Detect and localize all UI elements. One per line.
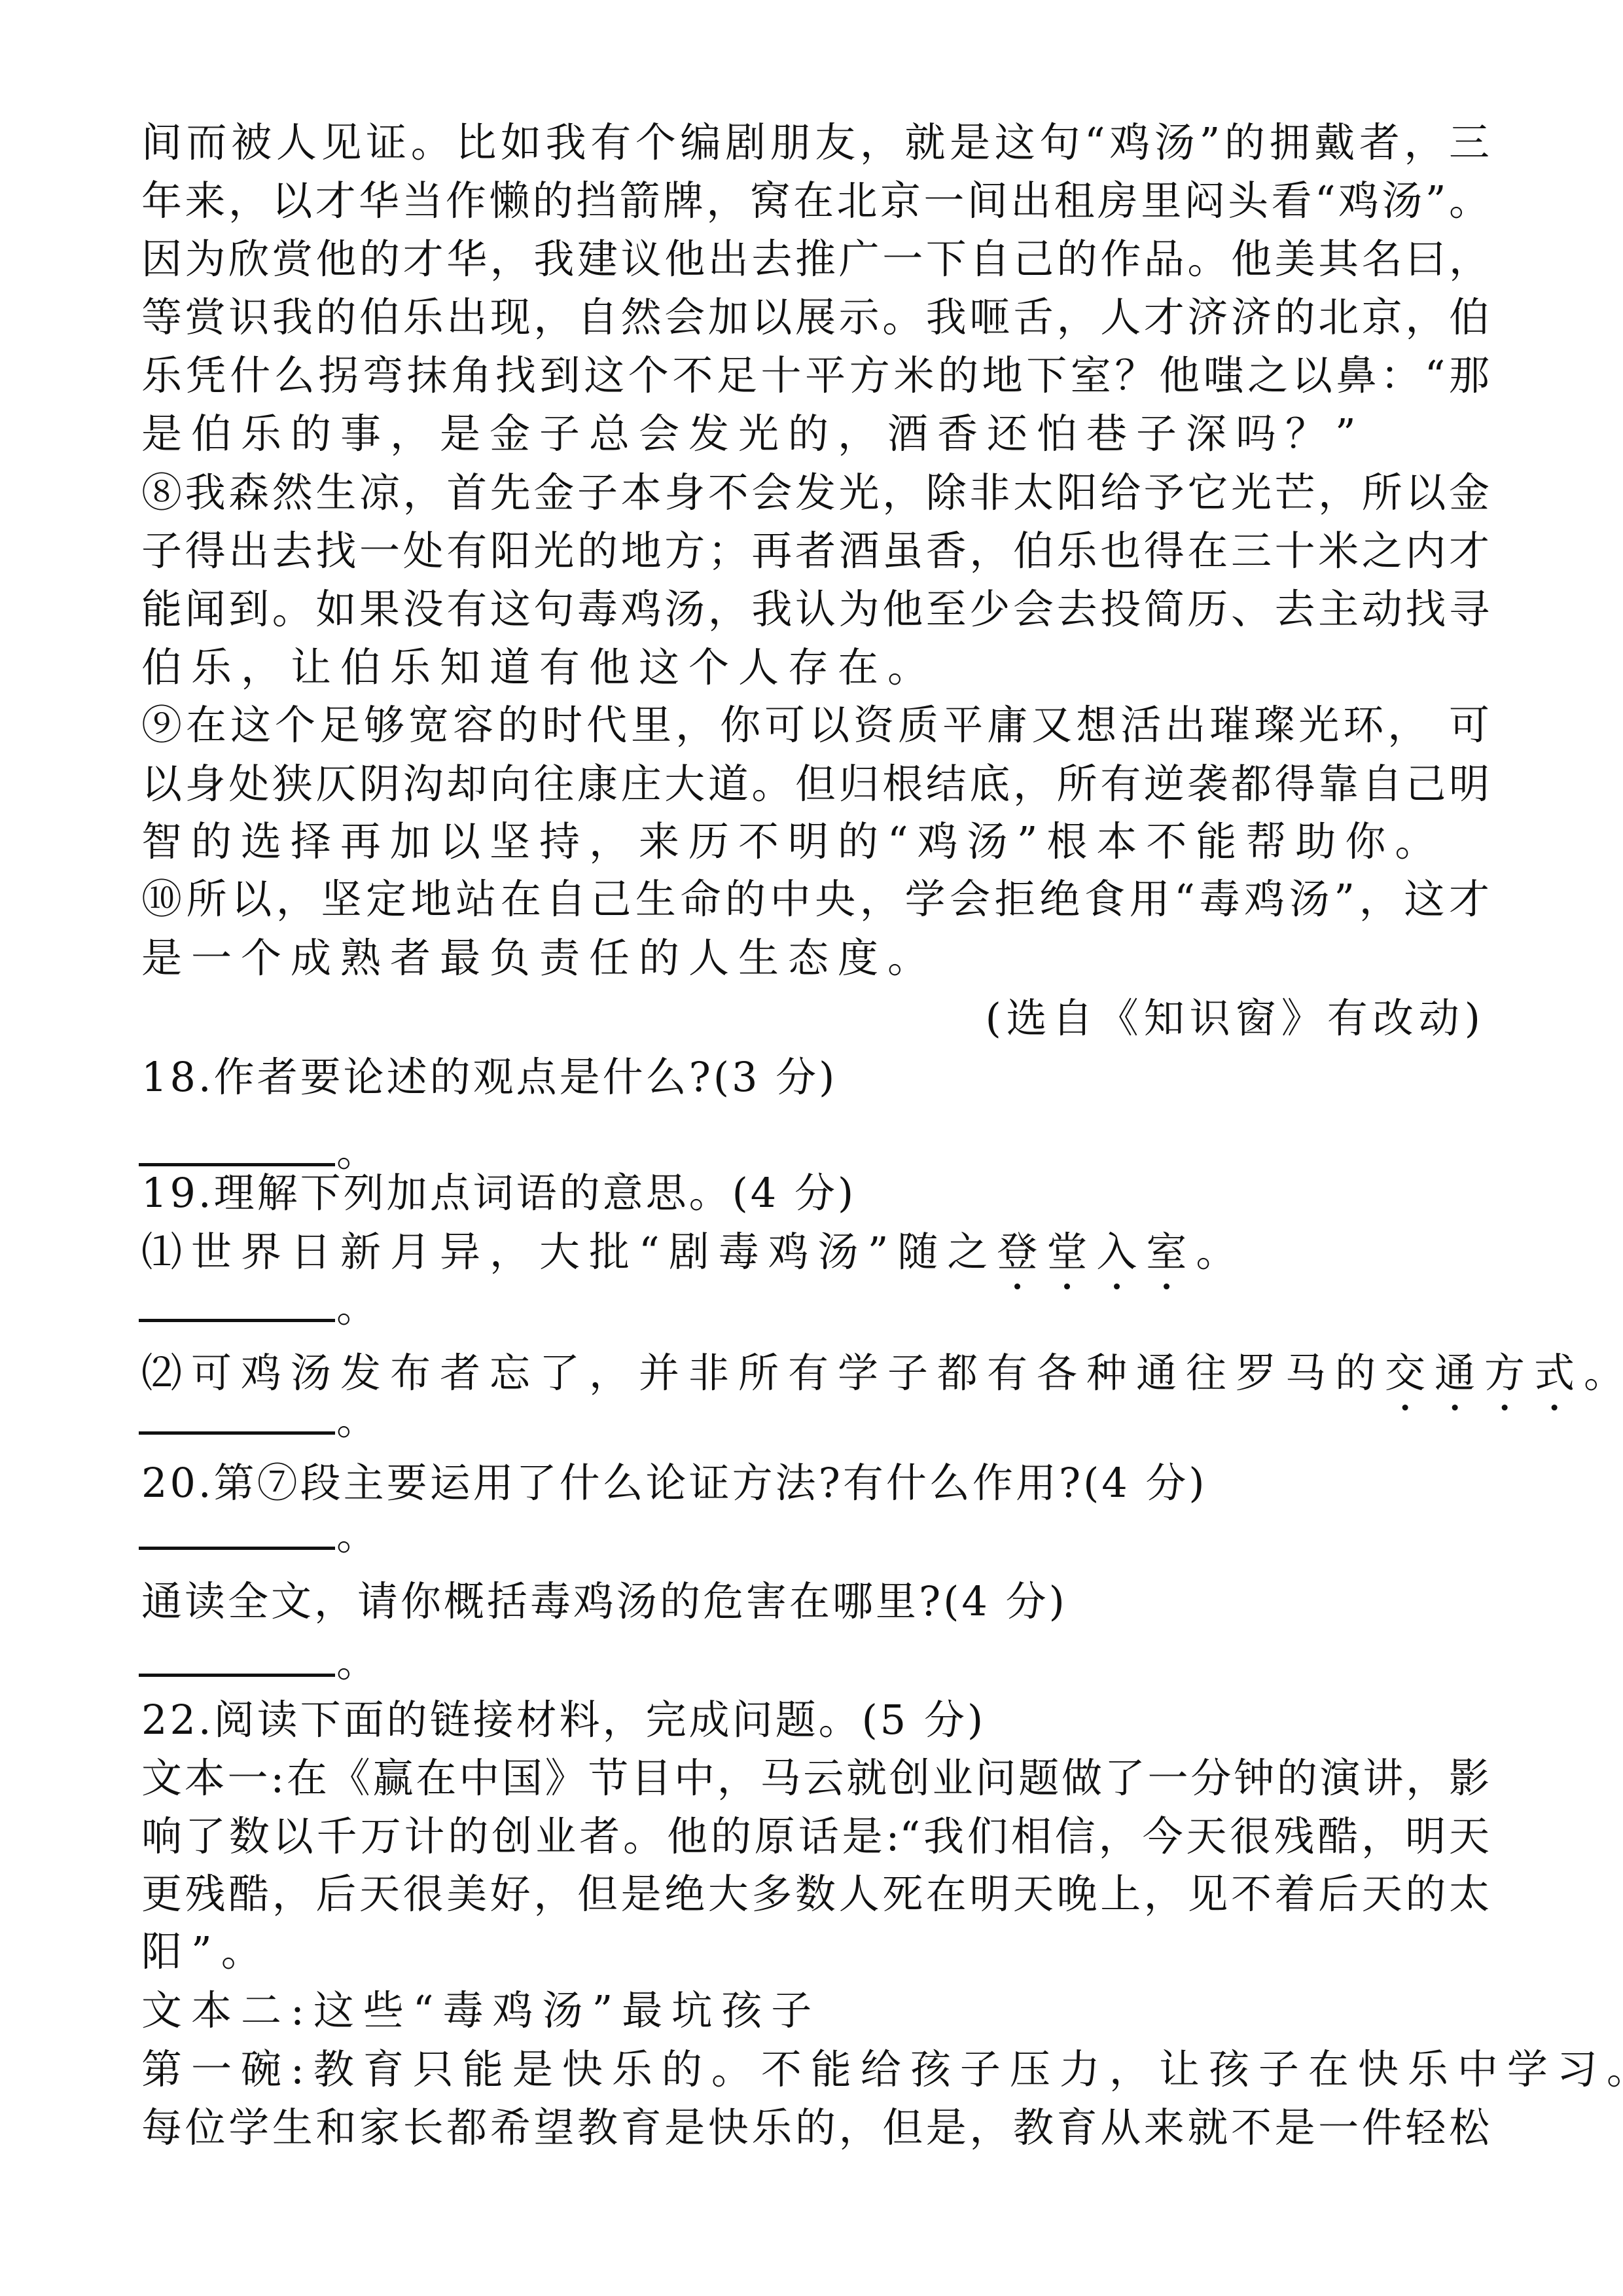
- passage-line: 年来，以才华当作懒的挡箭牌，窝在北京一间出租房里闷头看“鸡汤”。: [141, 175, 1489, 227]
- paragraph-8-line: ⑧我森然生凉，首先金子本身不会发光，除非太阳给予它光芒，所以金: [141, 467, 1489, 519]
- passage-line: 等赏识我的伯乐出现，自然会加以展示。我咂舌，人才济济的北京，伯: [141, 291, 1489, 344]
- dotted-words: 交通方式: [1385, 1349, 1584, 1397]
- source-citation: (选自《知识窗》有改动): [986, 992, 1486, 1045]
- answer-underline: [139, 1431, 335, 1435]
- question-19: 19.理解下列加点词语的意思。(4 分): [141, 1167, 1489, 1219]
- material-text-2-line: 第一碗:教育只能是快乐的。不能给孩子压力，让孩子在快乐中学习。: [141, 2043, 1489, 2096]
- question-20: 20.第⑦段主要运用了什么论证方法?有什么作用?(4 分): [141, 1457, 1489, 1509]
- question-21: 通读全文，请你概括毒鸡汤的危害在哪里?(4 分): [141, 1575, 1489, 1628]
- answer-underline: [139, 1163, 335, 1166]
- paragraph-8-line: 子得出去找一处有阳光的地方；再者酒虽香，伯乐也得在三十米之内才: [141, 525, 1489, 577]
- question-19-2-end: 。: [1584, 1349, 1623, 1397]
- blank-period: 。: [336, 1282, 377, 1334]
- material-text-2-title: 文本二:这些“毒鸡汤”最坑孩子: [141, 1984, 1489, 2037]
- paragraph-9-line: 以身处狭仄阴沟却向往康庄大道。但归根结底，所有逆袭都得靠自己明: [141, 758, 1489, 810]
- paragraph-9-line: 智的选择再加以坚持，来历不明的“鸡汤”根本不能帮助你。: [141, 816, 1489, 868]
- passage-line: 因为欣赏他的才华，我建议他出去推广一下自己的作品。他美其名曰，: [141, 233, 1489, 285]
- question-19-1-end: 。: [1196, 1228, 1245, 1276]
- question-18: 18.作者要论述的观点是什么?(3 分): [141, 1051, 1489, 1103]
- blank-period: 。: [336, 1509, 377, 1562]
- answer-blank-21[interactable]: 。: [139, 1636, 479, 1689]
- passage-line: 是伯乐的事，是金子总会发光的，酒香还怕巷子深吗？”: [141, 408, 1489, 460]
- passage-line: 间而被人见证。比如我有个编剧朋友，就是这句“鸡汤”的拥戴者，三: [141, 117, 1489, 169]
- material-text-1-line: 响了数以千万计的创业者。他的原话是:“我们相信，今天很残酷，明天: [141, 1810, 1489, 1863]
- blank-period: 。: [336, 1394, 377, 1446]
- answer-blank-19-2[interactable]: 。: [139, 1394, 479, 1446]
- material-text-1-line: 文本一:在《赢在中国》节目中，马云就创业问题做了一分钟的演讲，影: [141, 1752, 1489, 1804]
- question-19-2-text: ⑵可鸡汤发布者忘了，并非所有学子都有各种通往罗马的: [141, 1349, 1385, 1397]
- paragraph-8-line: 伯乐，让伯乐知道有他这个人存在。: [141, 641, 1489, 694]
- question-22: 22.阅读下面的链接材料，完成问题。(5 分): [141, 1694, 1489, 1746]
- paragraph-8-line: 能闻到。如果没有这句毒鸡汤，我认为他至少会去投简历、去主动找寻: [141, 583, 1489, 636]
- answer-underline: [139, 1547, 335, 1550]
- paragraph-10-line: ⑩所以，坚定地站在自己生命的中央，学会拒绝食用“毒鸡汤”，这才: [141, 873, 1489, 925]
- exam-page: 间而被人见证。比如我有个编剧朋友，就是这句“鸡汤”的拥戴者，三 年来，以才华当作…: [0, 0, 1623, 2296]
- paragraph-10-line: 是一个成熟者最负责任的人生态度。: [141, 932, 1489, 984]
- material-text-1-line: 阳”。: [141, 1926, 1489, 1978]
- question-19-1-text: ⑴世界日新月异，大批“剧毒鸡汤”随之: [141, 1228, 997, 1276]
- material-text-2-line: 每位学生和家长都希望教育是快乐的，但是，教育从来就不是一件轻松: [141, 2102, 1489, 2154]
- answer-underline: [139, 1319, 335, 1322]
- answer-underline: [139, 1674, 335, 1677]
- blank-period: 。: [336, 1636, 377, 1689]
- answer-blank-19-1[interactable]: 。: [139, 1282, 479, 1334]
- answer-blank-20[interactable]: 。: [139, 1509, 479, 1562]
- passage-line: 乐凭什么拐弯抹角找到这个不足十平方米的地下室？他嗤之以鼻：“那: [141, 350, 1489, 402]
- dotted-words: 登堂入室: [997, 1228, 1196, 1276]
- material-text-1-line: 更残酷，后天很美好，但是绝大多数人死在明天晚上，见不着后天的太: [141, 1868, 1489, 1920]
- paragraph-9-line: ⑨在这个足够宽容的时代里，你可以资质平庸又想活出璀璨光环， 可: [141, 699, 1489, 751]
